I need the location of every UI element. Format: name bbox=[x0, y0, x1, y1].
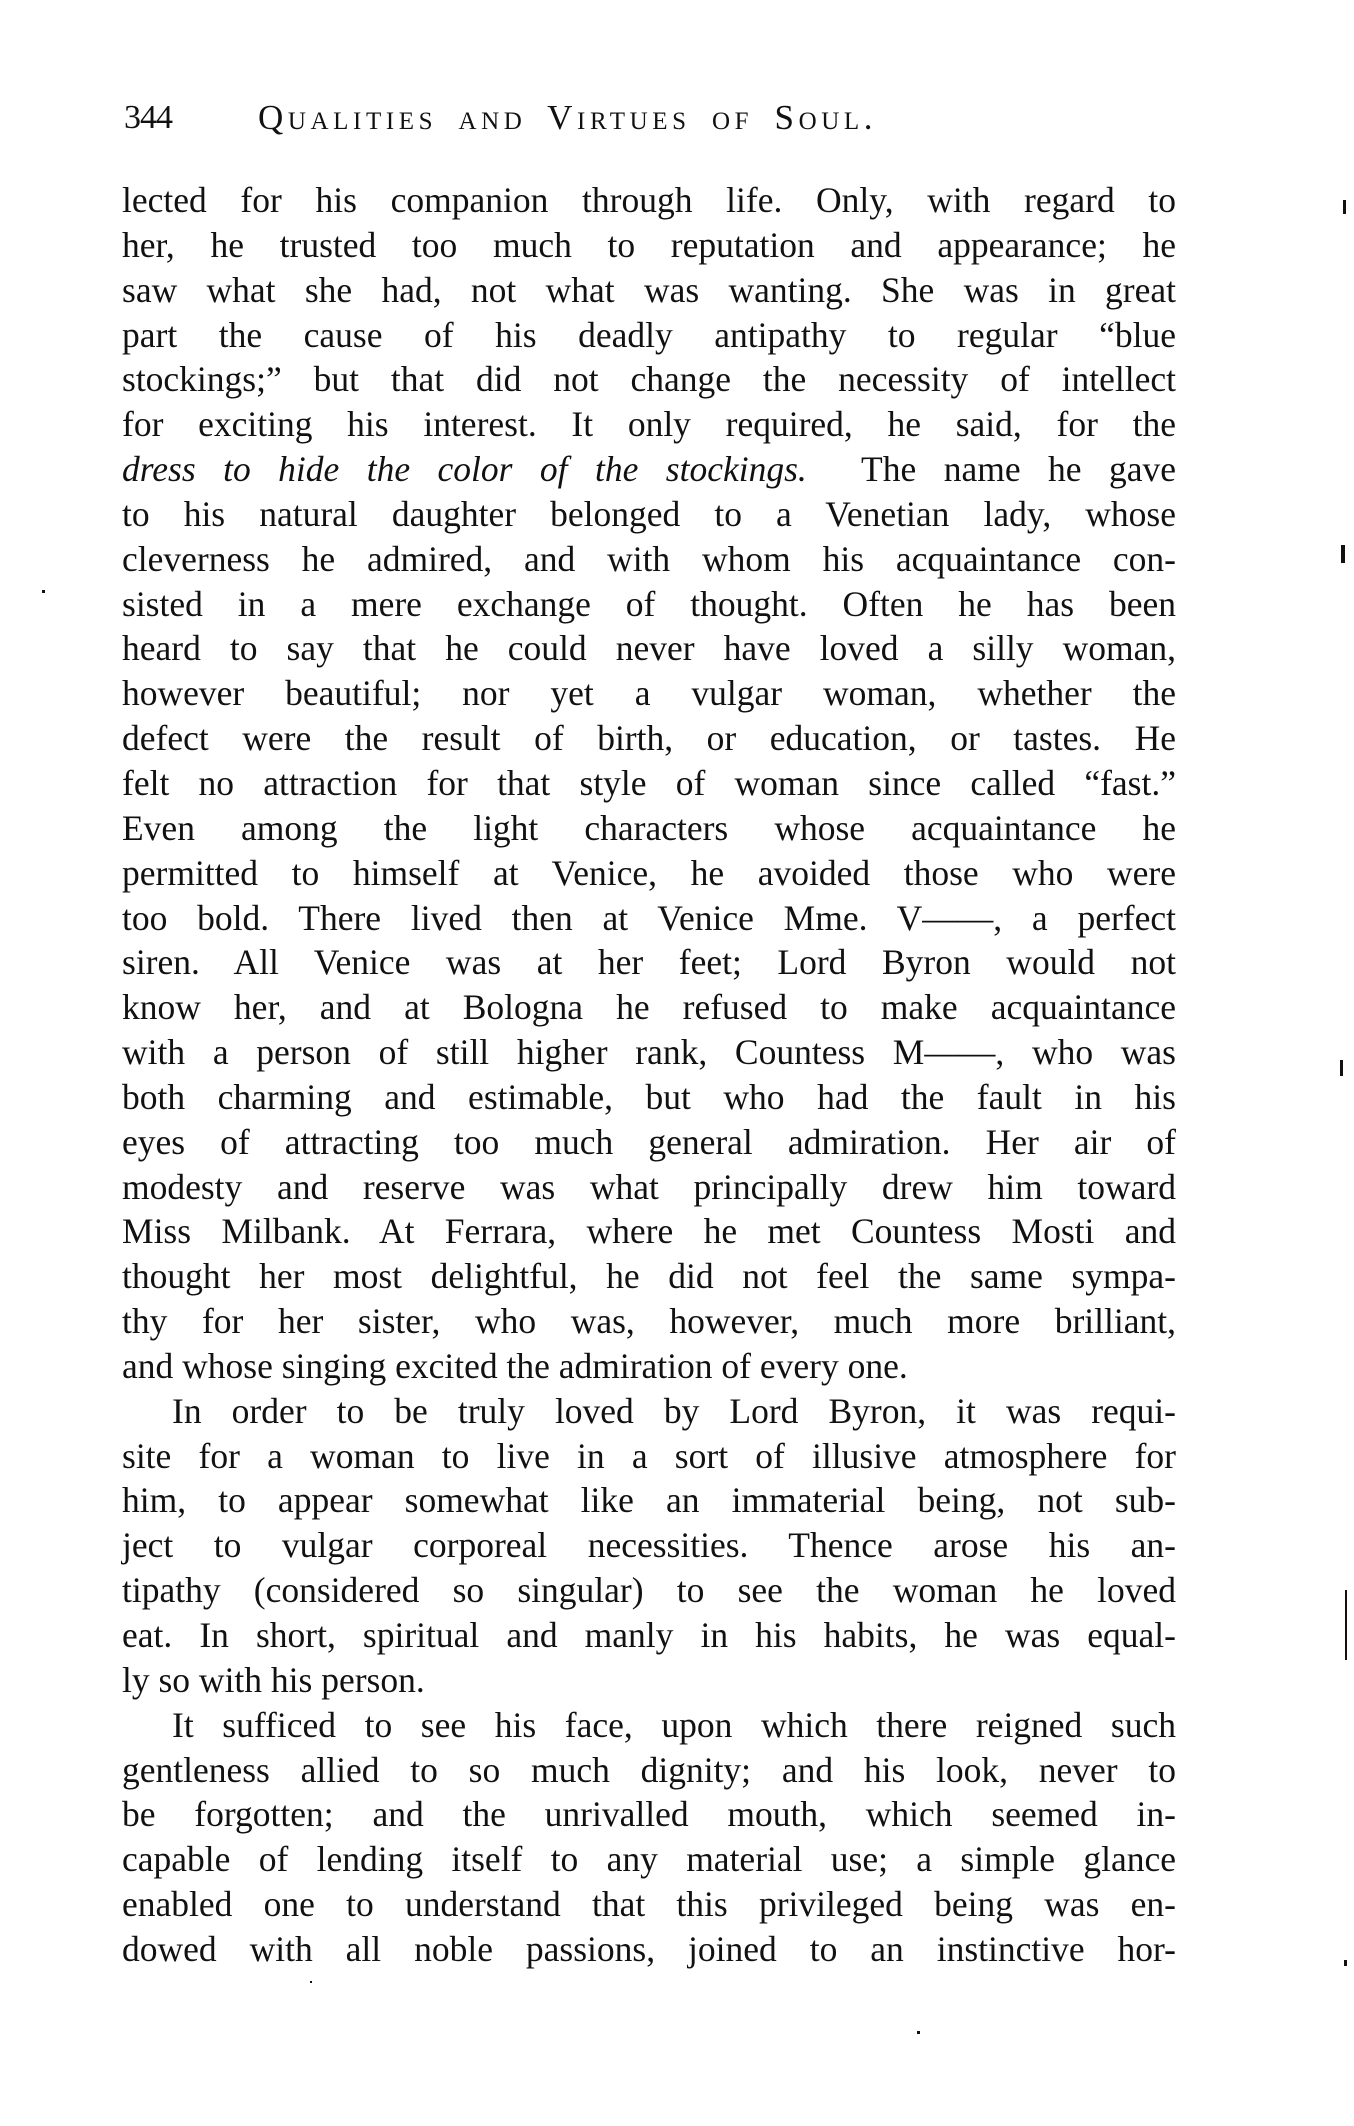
text-line: felt no attraction for that style of wom… bbox=[122, 761, 1176, 806]
text-line: gentleness allied to so much dignity; an… bbox=[122, 1748, 1176, 1793]
scan-speck bbox=[310, 1981, 312, 1983]
scan-speck bbox=[917, 2031, 920, 2034]
text-line: however beautiful; nor yet a vulgar woma… bbox=[122, 671, 1176, 716]
text-line: ject to vulgar corporeal necessities. Th… bbox=[122, 1523, 1176, 1568]
text-line: thy for her sister, who was, however, mu… bbox=[122, 1299, 1176, 1344]
running-header: 344 Qualities and Virtues of Soul. bbox=[124, 96, 1184, 140]
text-line: defect were the result of birth, or educ… bbox=[122, 716, 1176, 761]
text-line: sisted in a mere exchange of thought. Of… bbox=[122, 582, 1176, 627]
text-line: lected for his companion through life. O… bbox=[122, 178, 1176, 223]
scan-speck bbox=[1340, 1060, 1343, 1076]
text-line: be forgotten; and the unrivalled mouth, … bbox=[122, 1792, 1176, 1837]
text-line: siren. All Venice was at her feet; Lord … bbox=[122, 940, 1176, 985]
scan-speck bbox=[1345, 1590, 1347, 1660]
scan-speck bbox=[42, 590, 45, 593]
scan-speck bbox=[1341, 545, 1345, 563]
text-line: It sufficed to see his face, upon which … bbox=[122, 1703, 1176, 1748]
text-line: saw what she had, not what was wanting. … bbox=[122, 268, 1176, 313]
body-text: lected for his companion through life. O… bbox=[122, 178, 1176, 1972]
text-line: part the cause of his deadly antipathy t… bbox=[122, 313, 1176, 358]
text-line: dowed with all noble passions, joined to… bbox=[122, 1927, 1176, 1972]
scan-speck bbox=[1344, 1960, 1347, 1966]
text-line: Even among the light characters whose ac… bbox=[122, 806, 1176, 851]
text-line: dress to hide the color of the stockings… bbox=[122, 447, 1176, 492]
paragraph-2: In order to be truly loved by Lord Byron… bbox=[122, 1389, 1176, 1703]
text-line: with a person of still higher rank, Coun… bbox=[122, 1030, 1176, 1075]
text-line: know her, and at Bologna he refused to m… bbox=[122, 985, 1176, 1030]
text-line: stockings;” but that did not change the … bbox=[122, 357, 1176, 402]
scan-speck bbox=[1343, 200, 1346, 214]
text-line: him, to appear somewhat like an immateri… bbox=[122, 1478, 1176, 1523]
text-line: eyes of attracting too much general admi… bbox=[122, 1120, 1176, 1165]
text-line: to his natural daughter belonged to a Ve… bbox=[122, 492, 1176, 537]
text-line: modesty and reserve was what principally… bbox=[122, 1165, 1176, 1210]
text-line: her, he trusted too much to reputation a… bbox=[122, 223, 1176, 268]
paragraph-1: lected for his companion through life. O… bbox=[122, 178, 1176, 1389]
running-title: Qualities and Virtues of Soul. bbox=[258, 96, 877, 140]
text-line: too bold. There lived then at Venice Mme… bbox=[122, 896, 1176, 941]
text-line: cleverness he admired, and with whom his… bbox=[122, 537, 1176, 582]
text-line: tipathy (considered so singular) to see … bbox=[122, 1568, 1176, 1613]
text-line: ly so with his person. bbox=[122, 1658, 1176, 1703]
text-line: capable of lending itself to any materia… bbox=[122, 1837, 1176, 1882]
text-line: thought her most delightful, he did not … bbox=[122, 1254, 1176, 1299]
page-number: 344 bbox=[124, 96, 172, 140]
text-line: enabled one to understand that this priv… bbox=[122, 1882, 1176, 1927]
italic-phrase: dress to hide the color of the stockings… bbox=[122, 449, 807, 489]
text-line: heard to say that he could never have lo… bbox=[122, 626, 1176, 671]
text-segment: The name he gave bbox=[807, 449, 1176, 489]
text-line: for exciting his interest. It only requi… bbox=[122, 402, 1176, 447]
text-line: and whose singing excited the admiration… bbox=[122, 1344, 1176, 1389]
text-line: In order to be truly loved by Lord Byron… bbox=[122, 1389, 1176, 1434]
text-line: both charming and estimable, but who had… bbox=[122, 1075, 1176, 1120]
text-line: Miss Milbank. At Ferrara, where he met C… bbox=[122, 1209, 1176, 1254]
text-line: eat. In short, spiritual and manly in hi… bbox=[122, 1613, 1176, 1658]
paragraph-3: It sufficed to see his face, upon which … bbox=[122, 1703, 1176, 1972]
text-line: permitted to himself at Venice, he avoid… bbox=[122, 851, 1176, 896]
text-line: site for a woman to live in a sort of il… bbox=[122, 1434, 1176, 1479]
